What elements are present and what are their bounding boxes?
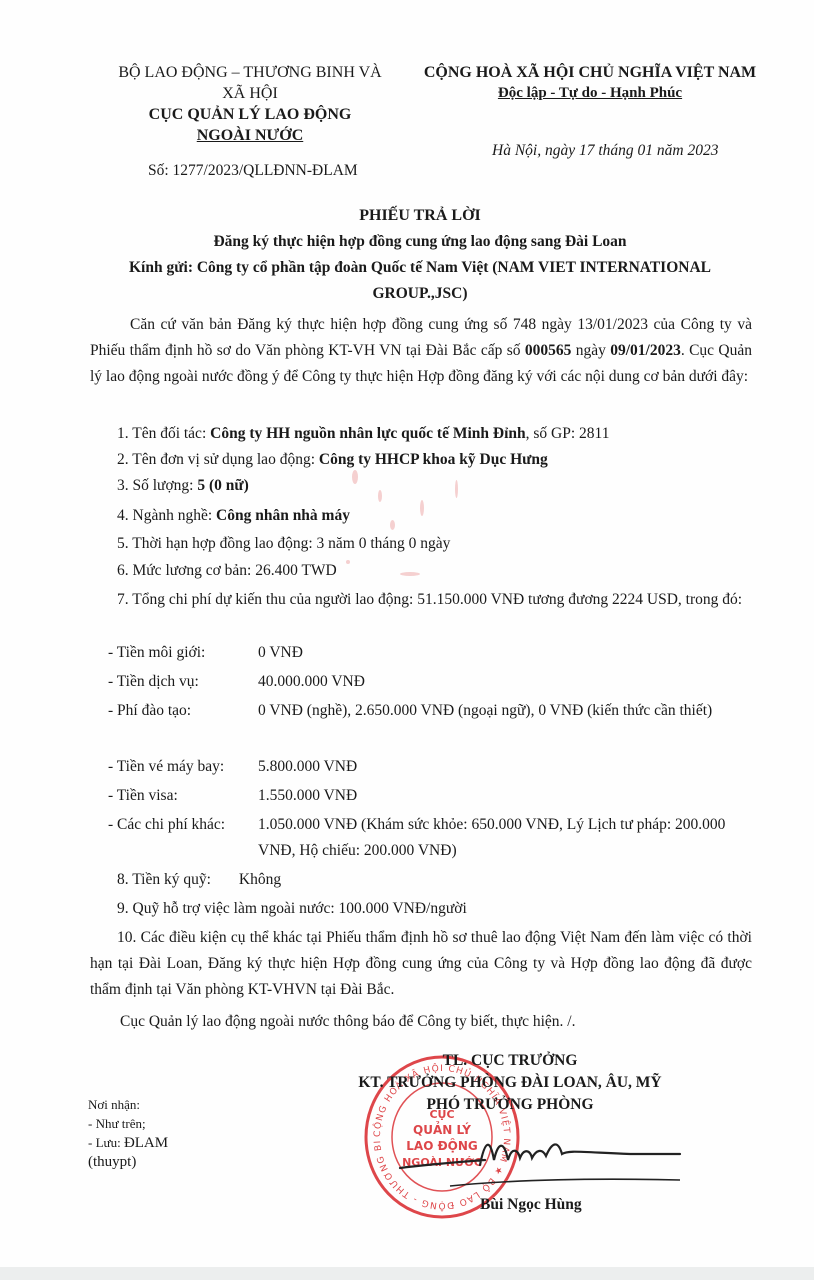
recipients-block: Nơi nhận: - Như trên; - Lưu: ĐLAM (thuyp…	[88, 1095, 168, 1172]
intro-paragraph: Căn cứ văn bản Đăng ký thực hiện hợp đồn…	[90, 312, 752, 390]
cost-label: - Các chi phí khác:	[108, 812, 225, 838]
item-label: 4. Ngành nghề:	[117, 507, 216, 524]
addressee-line2: GROUP.,JSC)	[90, 281, 750, 307]
item-label: 8. Tiền ký quỹ:	[117, 871, 211, 888]
ink-speck	[378, 490, 382, 502]
signature-authority-line2: KT. TRƯỞNG PHÒNG ĐÀI LOAN, ÂU, MỸ	[340, 1072, 680, 1094]
item-contract-term: 5. Thời hạn hợp đồng lao động: 3 năm 0 t…	[117, 531, 450, 557]
national-header: CỘNG HOÀ XÃ HỘI CHỦ NGHĨA VIỆT NAM Độc l…	[400, 62, 780, 104]
signature-authority-line1: TL. CỤC TRƯỞNG	[340, 1050, 680, 1072]
handwritten-signature-icon	[390, 1120, 690, 1200]
place-and-date: Hà Nội, ngày 17 tháng 01 năm 2023	[492, 142, 718, 160]
document-page: BỘ LAO ĐỘNG – THƯƠNG BINH VÀ XÃ HỘI CỤC …	[0, 0, 814, 1280]
item-deposit: 8. Tiền ký quỹ:Không	[117, 867, 281, 893]
quantity-value: 5 (0 nữ)	[197, 477, 249, 494]
issuer-header: BỘ LAO ĐỘNG – THƯƠNG BINH VÀ XÃ HỘI CỤC …	[70, 62, 430, 146]
cost-value: 1.050.000 VNĐ (Khám sức khỏe: 650.000 VN…	[258, 812, 758, 864]
title-block: PHIẾU TRẢ LỜI Đăng ký thực hiện hợp đồng…	[90, 203, 750, 307]
signer-name: Bùi Ngọc Hùng	[480, 1196, 582, 1214]
document-number: Số: 1277/2023/QLLĐNN-ĐLAM	[148, 162, 358, 180]
item-employer: 2. Tên đơn vị sử dụng lao động: Công ty …	[117, 447, 548, 473]
recipient-2: - Lưu: ĐLAM	[88, 1133, 168, 1153]
document-subtitle: Đăng ký thực hiện hợp đồng cung ứng lao …	[90, 229, 750, 255]
item-quantity: 3. Số lượng: 5 (0 nữ)	[117, 473, 249, 499]
cost-label: - Tiền dịch vụ:	[108, 669, 199, 695]
cost-label: - Tiền visa:	[108, 783, 178, 809]
ink-speck	[420, 500, 424, 516]
item-other-conditions: 10. Các điều kiện cụ thể khác tại Phiếu …	[90, 925, 752, 1003]
cost-label: - Tiền môi giới:	[108, 640, 205, 666]
signature-authority-line3: PHÓ TRƯỞNG PHÒNG	[340, 1094, 680, 1116]
item-support-fund: 9. Quỹ hỗ trợ việc làm ngoài nước: 100.0…	[117, 896, 467, 922]
item-label: 3. Số lượng:	[117, 477, 197, 494]
license-number: , số GP: 2811	[526, 425, 610, 442]
recipient-2-prefix: - Lưu:	[88, 1135, 124, 1150]
cost-value: 40.000.000 VNĐ	[258, 669, 758, 695]
drafter-initials: (thuypt)	[88, 1153, 168, 1172]
national-motto: Độc lập - Tự do - Hạnh Phúc	[400, 83, 780, 104]
bottom-edge	[0, 1267, 814, 1280]
cost-label: - Phí đào tạo:	[108, 698, 191, 724]
partner-name: Công ty HH nguồn nhân lực quốc tế Minh Đ…	[210, 425, 526, 442]
intro-text-2: ngày	[571, 342, 610, 359]
employer-name: Công ty HHCP khoa kỹ Dục Hưng	[319, 451, 548, 468]
item-partner: 1. Tên đối tác: Công ty HH nguồn nhân lự…	[117, 421, 609, 447]
item-label: 1. Tên đối tác:	[117, 425, 210, 442]
item-total-cost: 7. Tổng chi phí dự kiến thu của người la…	[90, 587, 752, 613]
cost-value: 1.550.000 VNĐ	[258, 783, 758, 809]
appraisal-number: 000565	[525, 342, 572, 359]
item-base-salary: 6. Mức lương cơ bản: 26.400 TWD	[117, 558, 337, 584]
signature-block: TL. CỤC TRƯỞNG KT. TRƯỞNG PHÒNG ĐÀI LOAN…	[340, 1050, 680, 1116]
addressee-line1: Kính gửi: Công ty cổ phần tập đoàn Quốc …	[90, 255, 750, 281]
cost-label: - Tiền vé máy bay:	[108, 754, 224, 780]
ink-speck	[400, 572, 420, 576]
recipient-1: - Như trên;	[88, 1114, 168, 1133]
deposit-value: Không	[239, 867, 281, 893]
cost-value: 0 VNĐ (nghề), 2.650.000 VNĐ (ngoại ngữ),…	[258, 698, 758, 724]
ink-speck	[346, 560, 350, 564]
document-title: PHIẾU TRẢ LỜI	[90, 203, 750, 229]
closing-statement: Cục Quản lý lao động ngoài nước thông bá…	[120, 1013, 575, 1031]
cost-value: 0 VNĐ	[258, 640, 758, 666]
nation-name: CỘNG HOÀ XÃ HỘI CHỦ NGHĨA VIỆT NAM	[400, 62, 780, 83]
appraisal-date: 09/01/2023	[610, 342, 681, 359]
item-occupation: 4. Ngành nghề: Công nhân nhà máy	[117, 503, 350, 529]
department-name-line1: CỤC QUẢN LÝ LAO ĐỘNG	[70, 104, 430, 125]
occupation-value: Công nhân nhà máy	[216, 507, 350, 524]
cost-value: 5.800.000 VNĐ	[258, 754, 758, 780]
item-label: 2. Tên đơn vị sử dụng lao động:	[117, 451, 319, 468]
ministry-name-line1: BỘ LAO ĐỘNG – THƯƠNG BINH VÀ	[70, 62, 430, 83]
department-name-line2: NGOÀI NƯỚC	[70, 125, 430, 146]
ink-speck	[352, 470, 358, 484]
ink-speck	[390, 520, 395, 530]
ministry-name-line2: XÃ HỘI	[70, 83, 430, 104]
recipient-2-value: ĐLAM	[124, 1135, 168, 1151]
ink-speck	[455, 480, 458, 498]
recipients-heading: Nơi nhận:	[88, 1095, 168, 1114]
